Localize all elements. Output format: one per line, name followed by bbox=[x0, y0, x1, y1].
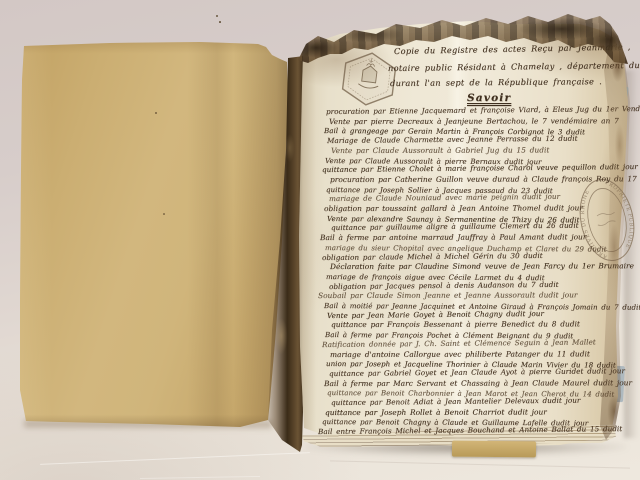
manuscript-line: Ratification donnée par J. Ch. Saint et … bbox=[322, 338, 596, 348]
cover-sheet bbox=[20, 42, 290, 428]
manuscript-line: Bail à ferme par Marc Servant et Chassai… bbox=[324, 379, 632, 387]
dust-speck bbox=[216, 15, 218, 17]
protruding-tan-page-tab bbox=[452, 441, 536, 458]
manuscript-line: Mariage de Claude Charmette avec Jeanne … bbox=[327, 135, 578, 145]
manuscript-line: Vente par Jean Marie Goyet à Benoit Chag… bbox=[327, 310, 544, 319]
cover-sheet-speck bbox=[155, 112, 157, 114]
surface-scratch bbox=[330, 460, 630, 468]
photo-of-manuscript-register: PROPRIETE PUBLIQUE ARCHIVES DU RHONE Cop… bbox=[0, 0, 640, 480]
manuscript-line: Vente par pierre Decreaux à Jeanjeune Be… bbox=[329, 117, 619, 125]
manuscript-line: mariage d'antoine Callorgue avec philibe… bbox=[330, 350, 590, 358]
surface-scratch bbox=[140, 476, 260, 479]
manuscript-line: obligation par Jacques pensol à denis Au… bbox=[329, 280, 559, 289]
cover-sheet-speck bbox=[163, 213, 165, 215]
manuscript-line: quittance par Benoit Adiat à Jean Mantel… bbox=[331, 397, 580, 407]
dust-speck bbox=[219, 21, 221, 23]
manuscript-line: quittance par Gabriel Goyet et Jean Clau… bbox=[329, 367, 625, 377]
manuscript-line: mariage de Claude Nouniaud avec marie pe… bbox=[329, 193, 560, 202]
manuscript-line: Vente par Claude Aussorault à Gabriel Ju… bbox=[331, 146, 549, 154]
manuscript-line: quittance par François Bessenant à pierr… bbox=[331, 321, 580, 329]
manuscript-line: quittance par Joseph Rollet à Benoit Cha… bbox=[325, 408, 547, 416]
manuscript-line: procuration par Catherine Guillon veuve … bbox=[330, 175, 640, 183]
surface-scratch bbox=[40, 452, 310, 465]
header-line: durant l'an sept de la République frança… bbox=[390, 77, 602, 87]
manuscript-line: Déclaration faite par Claudine Simond ve… bbox=[330, 262, 634, 270]
manuscript-line: obligation par claude Michel à Michel Gé… bbox=[322, 251, 543, 260]
manuscript-line: Bail à ferme par antoine marraud Jauffra… bbox=[320, 233, 586, 241]
manuscript-line: obligation par toussaint gallard à Jean … bbox=[324, 204, 583, 212]
manuscript-line: Soubail par Claude Simon Jeanne et Jeann… bbox=[318, 292, 577, 300]
section-heading: Savoir bbox=[467, 93, 511, 104]
